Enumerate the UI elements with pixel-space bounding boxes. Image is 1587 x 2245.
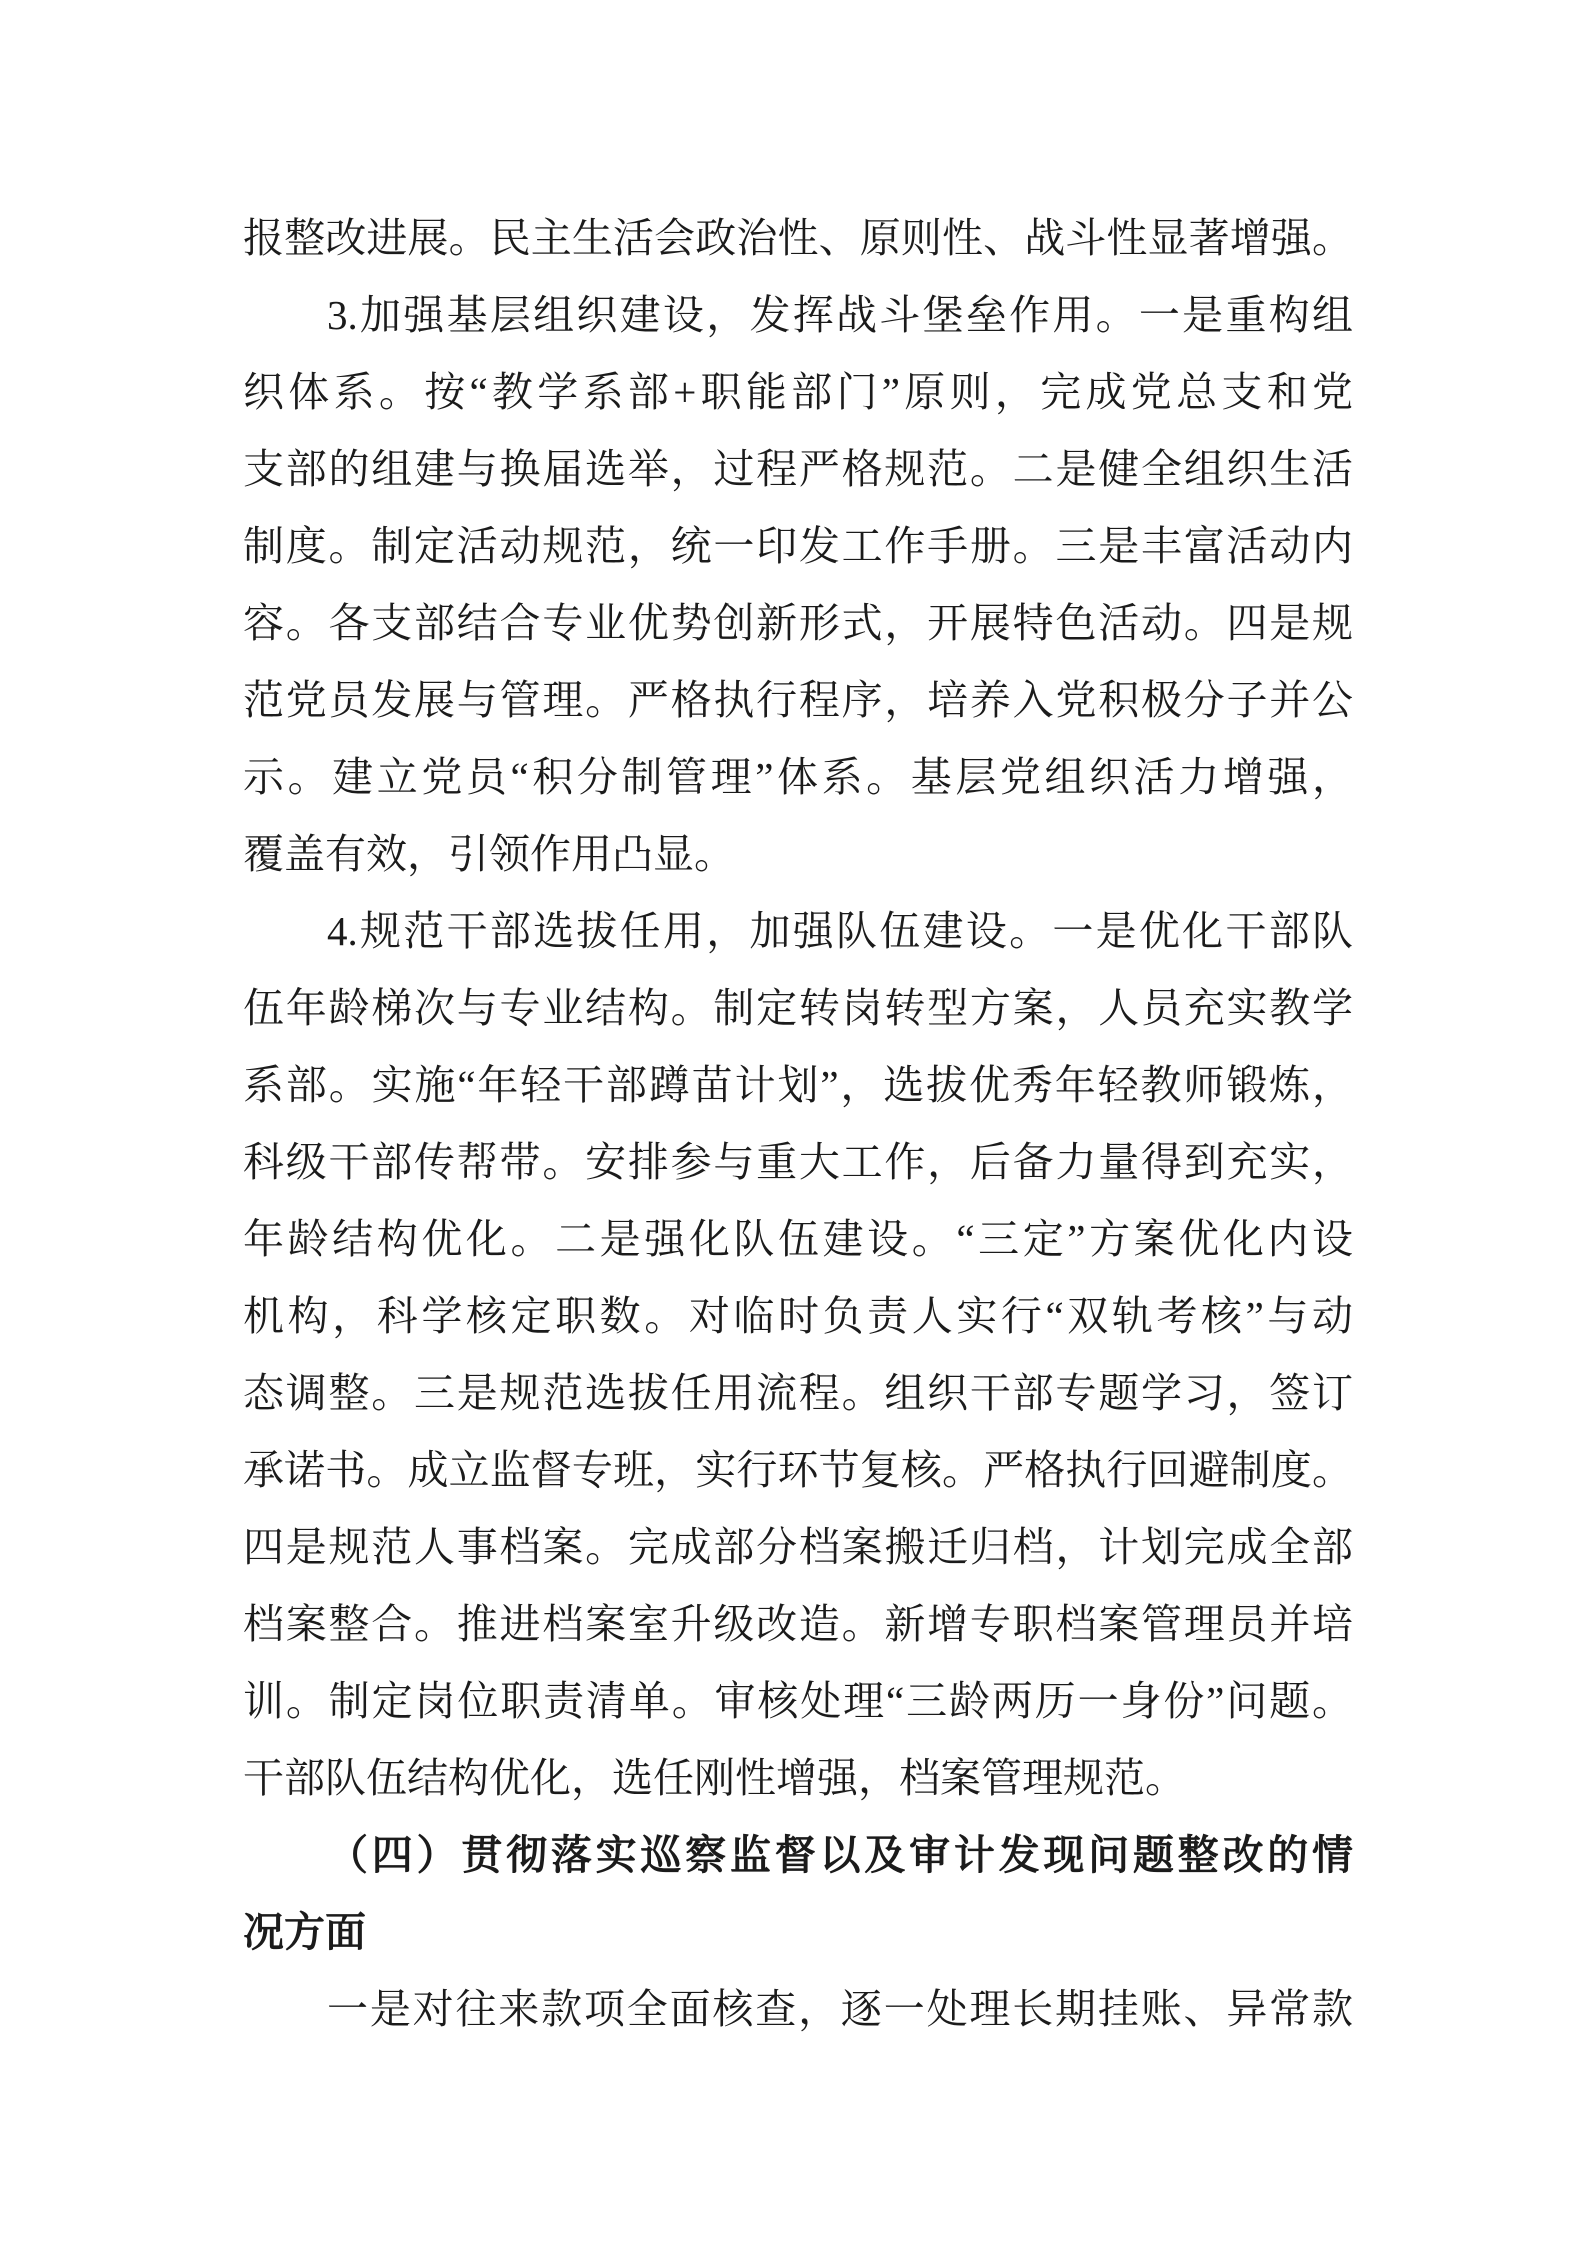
text-line: 机构，科学核定职数。对临时负责人实行“双轨考核”与动 (243, 1278, 1353, 1355)
text-line: 示。建立党员“积分制管理”体系。基层党组织活力增强， (243, 739, 1353, 816)
text-line: 容。各支部结合专业优势创新形式，开展特色活动。四是规 (243, 585, 1353, 662)
text-line: （四）贯彻落实巡察监督以及审计发现问题整改的情 (243, 1817, 1353, 1894)
text-line: 干部队伍结构优化，选任刚性增强，档案管理规范。 (243, 1740, 1353, 1817)
text-line: 况方面 (243, 1894, 1353, 1971)
text-line: 制度。制定活动规范，统一印发工作手册。三是丰富活动内 (243, 508, 1353, 585)
text-line: 档案整合。推进档案室升级改造。新增专职档案管理员并培 (243, 1586, 1353, 1663)
text-line: 织体系。按“教学系部+职能部门”原则，完成党总支和党 (243, 354, 1353, 431)
text-line: 覆盖有效，引领作用凸显。 (243, 816, 1353, 893)
text-line: 系部。实施“年轻干部蹲苗计划”，选拔优秀年轻教师锻炼， (243, 1047, 1353, 1124)
text-line: 报整改进展。民主生活会政治性、原则性、战斗性显著增强。 (243, 200, 1353, 277)
text-line: 四是规范人事档案。完成部分档案搬迁归档，计划完成全部 (243, 1509, 1353, 1586)
text-line: 伍年龄梯次与专业结构。制定转岗转型方案，人员充实教学 (243, 970, 1353, 1047)
text-line: 科级干部传帮带。安排参与重大工作，后备力量得到充实， (243, 1124, 1353, 1201)
text-line: 范党员发展与管理。严格执行程序，培养入党积极分子并公 (243, 662, 1353, 739)
text-line: 支部的组建与换届选举，过程严格规范。二是健全组织生活 (243, 431, 1353, 508)
text-line: 3.加强基层组织建设，发挥战斗堡垒作用。一是重构组 (243, 277, 1353, 354)
text-line: 4.规范干部选拔任用，加强队伍建设。一是优化干部队 (243, 893, 1353, 970)
text-line: 训。制定岗位职责清单。审核处理“三龄两历一身份”问题。 (243, 1663, 1353, 1740)
text-line: 年龄结构优化。二是强化队伍建设。“三定”方案优化内设 (243, 1201, 1353, 1278)
text-line: 承诺书。成立监督专班，实行环节复核。严格执行回避制度。 (243, 1432, 1353, 1509)
document-page: 报整改进展。民主生活会政治性、原则性、战斗性显著增强。3.加强基层组织建设，发挥… (0, 0, 1587, 2245)
document-body: 报整改进展。民主生活会政治性、原则性、战斗性显著增强。3.加强基层组织建设，发挥… (243, 200, 1353, 2048)
text-line: 态调整。三是规范选拔任用流程。组织干部专题学习，签订 (243, 1355, 1353, 1432)
text-line: 一是对往来款项全面核查，逐一处理长期挂账、异常款 (243, 1971, 1353, 2048)
